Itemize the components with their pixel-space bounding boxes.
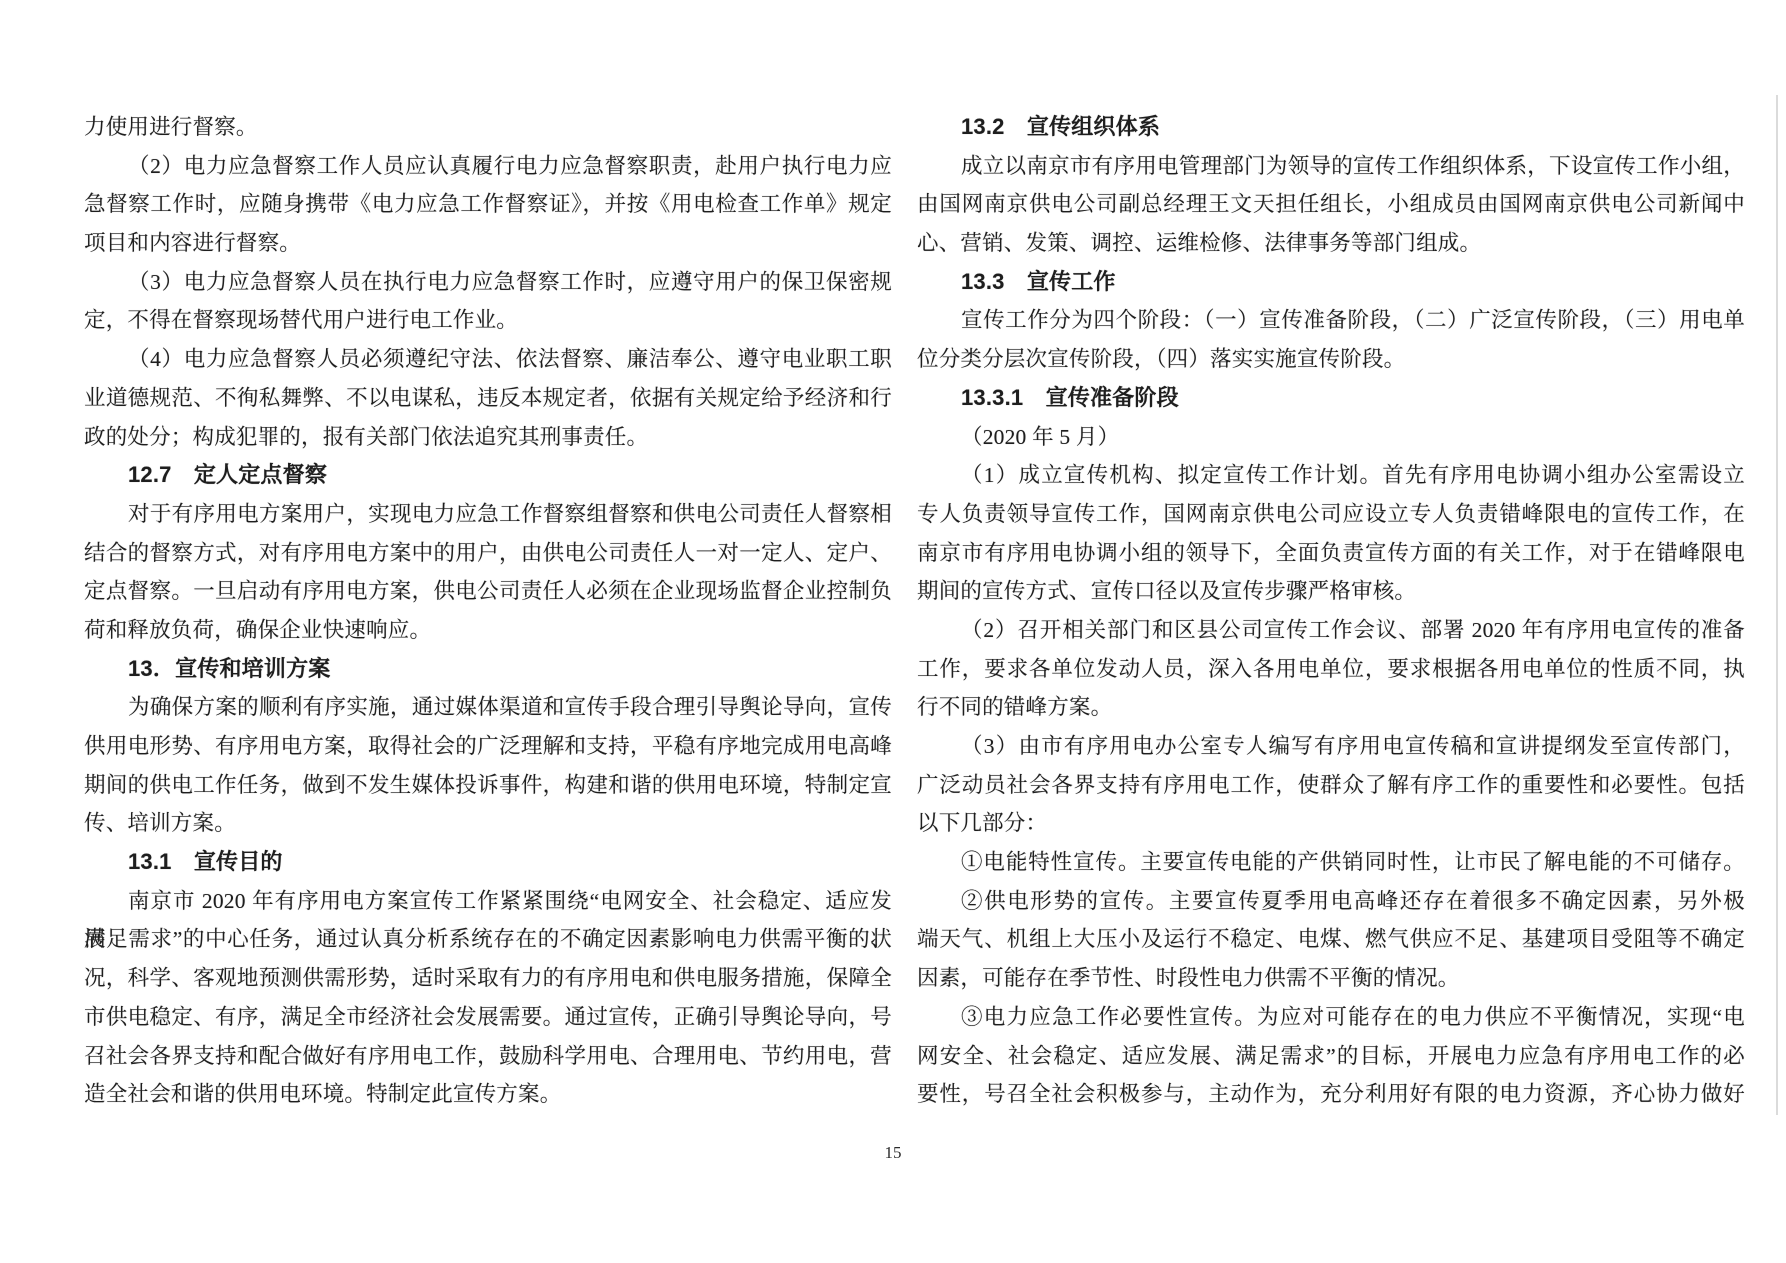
text-line: 南京市 2020 年有序用电方案宣传工作紧紧围绕“电网安全、社会稳定、适应发展、 bbox=[84, 882, 892, 921]
text-line: 行不同的错峰方案。 bbox=[917, 688, 1745, 727]
text-line: 项目和内容进行督察。 bbox=[84, 224, 892, 263]
text-line: 市供电稳定、有序，满足全市经济社会发展需要。通过宣传，正确引导舆论导向，号 bbox=[84, 998, 892, 1037]
text-line: （3）由市有序用电办公室专人编写有序用电宣传稿和宣讲提纲发至宣传部门， bbox=[917, 727, 1745, 766]
section-heading: 13.1 宣传目的 bbox=[84, 843, 892, 882]
text-line: 政的处分；构成犯罪的，报有关部门依法追究其刑事责任。 bbox=[84, 418, 892, 457]
text-line: 满足需求”的中心任务，通过认真分析系统存在的不确定因素影响电力供需平衡的状 bbox=[84, 920, 892, 959]
page-number: 15 bbox=[0, 1143, 1786, 1163]
text-line: 位分类分层次宣传阶段，（四）落实实施宣传阶段。 bbox=[917, 340, 1745, 379]
text-line: （2）召开相关部门和区县公司宣传工作会议、部署 2020 年有序用电宣传的准备 bbox=[917, 611, 1745, 650]
scan-artifact-line bbox=[1776, 95, 1778, 1115]
text-line: 南京市有序用电协调小组的领导下，全面负责宣传方面的有关工作，对于在错峰限电 bbox=[917, 534, 1745, 573]
text-line: 定，不得在督察现场替代用户进行电工作业。 bbox=[84, 301, 892, 340]
text-line: 工作，要求各单位发动人员，深入各用电单位，要求根据各用电单位的性质不同，执 bbox=[917, 650, 1745, 689]
text-line: 业道德规范、不徇私舞弊、不以电谋私，违反本规定者，依据有关规定给予经济和行 bbox=[84, 379, 892, 418]
right-column: 13.2 宣传组织体系成立以南京市有序用电管理部门为领导的宣传工作组织体系，下设… bbox=[917, 108, 1745, 1114]
text-line: ③电力应急工作必要性宣传。为应对可能存在的电力供应不平衡情况，实现“电 bbox=[917, 998, 1745, 1037]
text-line: （2020 年 5 月） bbox=[917, 418, 1745, 457]
text-line: （1）成立宣传机构、拟定宣传工作计划。首先有序用电协调小组办公室需设立 bbox=[917, 456, 1745, 495]
section-heading: 13.3.1 宣传准备阶段 bbox=[917, 379, 1745, 418]
left-column: 力使用进行督察。（2）电力应急督察工作人员应认真履行电力应急督察职责，赴用户执行… bbox=[84, 108, 892, 1114]
text-line: 传、培训方案。 bbox=[84, 804, 892, 843]
text-line: 因素，可能存在季节性、时段性电力供需不平衡的情况。 bbox=[917, 959, 1745, 998]
text-line: 定点督察。一旦启动有序用电方案，供电公司责任人必须在企业现场监督企业控制负 bbox=[84, 572, 892, 611]
text-line: （3）电力应急督察人员在执行电力应急督察工作时，应遵守用户的保卫保密规 bbox=[84, 263, 892, 302]
section-heading: 13.3 宣传工作 bbox=[917, 263, 1745, 302]
text-line: 由国网南京供电公司副总经理王文天担任组长，小组成员由国网南京供电公司新闻中 bbox=[917, 185, 1745, 224]
section-heading: 12.7 定人定点督察 bbox=[84, 456, 892, 495]
text-line: 端天气、机组上大压小及运行不稳定、电煤、燃气供应不足、基建项目受阻等不确定 bbox=[917, 920, 1745, 959]
text-line: 荷和释放负荷，确保企业快速响应。 bbox=[84, 611, 892, 650]
text-line: 造全社会和谐的供用电环境。特制定此宣传方案。 bbox=[84, 1075, 892, 1114]
text-line: （2）电力应急督察工作人员应认真履行电力应急督察职责，赴用户执行电力应 bbox=[84, 147, 892, 186]
text-line: 宣传工作分为四个阶段：（一）宣传准备阶段，（二）广泛宣传阶段，（三）用电单 bbox=[917, 301, 1745, 340]
text-line: 期间的宣传方式、宣传口径以及宣传步骤严格审核。 bbox=[917, 572, 1745, 611]
text-line: 专人负责领导宣传工作，国网南京供电公司应设立专人负责错峰限电的宣传工作，在 bbox=[917, 495, 1745, 534]
text-line: 供用电形势、有序用电方案，取得社会的广泛理解和支持，平稳有序地完成用电高峰 bbox=[84, 727, 892, 766]
document-page: 力使用进行督察。（2）电力应急督察工作人员应认真履行电力应急督察职责，赴用户执行… bbox=[0, 0, 1786, 1263]
text-line: 况，科学、客观地预测供需形势，适时采取有力的有序用电和供电服务措施，保障全 bbox=[84, 959, 892, 998]
text-line: 为确保方案的顺利有序实施，通过媒体渠道和宣传手段合理引导舆论导向，宣传 bbox=[84, 688, 892, 727]
text-line: ②供电形势的宣传。主要宣传夏季用电高峰还存在着很多不确定因素，另外极 bbox=[917, 882, 1745, 921]
text-line: 对于有序用电方案用户，实现电力应急工作督察组督察和供电公司责任人督察相 bbox=[84, 495, 892, 534]
text-line: 广泛动员社会各界支持有序用电工作，使群众了解有序工作的重要性和必要性。包括 bbox=[917, 766, 1745, 805]
text-line: 以下几部分： bbox=[917, 804, 1745, 843]
text-line: 心、营销、发策、调控、运维检修、法律事务等部门组成。 bbox=[917, 224, 1745, 263]
text-line: 成立以南京市有序用电管理部门为领导的宣传工作组织体系，下设宣传工作小组， bbox=[917, 147, 1745, 186]
section-heading: 13．宣传和培训方案 bbox=[84, 650, 892, 689]
text-line: ①电能特性宣传。主要宣传电能的产供销同时性，让市民了解电能的不可储存。 bbox=[917, 843, 1745, 882]
text-line: 召社会各界支持和配合做好有序用电工作，鼓励科学用电、合理用电、节约用电，营 bbox=[84, 1037, 892, 1076]
text-line: 急督察工作时，应随身携带《电力应急工作督察证》，并按《用电检查工作单》规定 bbox=[84, 185, 892, 224]
text-line: （4）电力应急督察人员必须遵纪守法、依法督察、廉洁奉公、遵守电业职工职 bbox=[84, 340, 892, 379]
text-line: 结合的督察方式，对有序用电方案中的用户，由供电公司责任人一对一定人、定户、 bbox=[84, 534, 892, 573]
text-line: 期间的供电工作任务，做到不发生媒体投诉事件，构建和谐的供用电环境，特制定宣 bbox=[84, 766, 892, 805]
text-line: 力使用进行督察。 bbox=[84, 108, 892, 147]
section-heading: 13.2 宣传组织体系 bbox=[917, 108, 1745, 147]
text-line: 网安全、社会稳定、适应发展、满足需求”的目标，开展电力应急有序用电工作的必 bbox=[917, 1037, 1745, 1076]
text-line: 要性，号召全社会积极参与，主动作为，充分利用好有限的电力资源，齐心协力做好 bbox=[917, 1075, 1745, 1114]
